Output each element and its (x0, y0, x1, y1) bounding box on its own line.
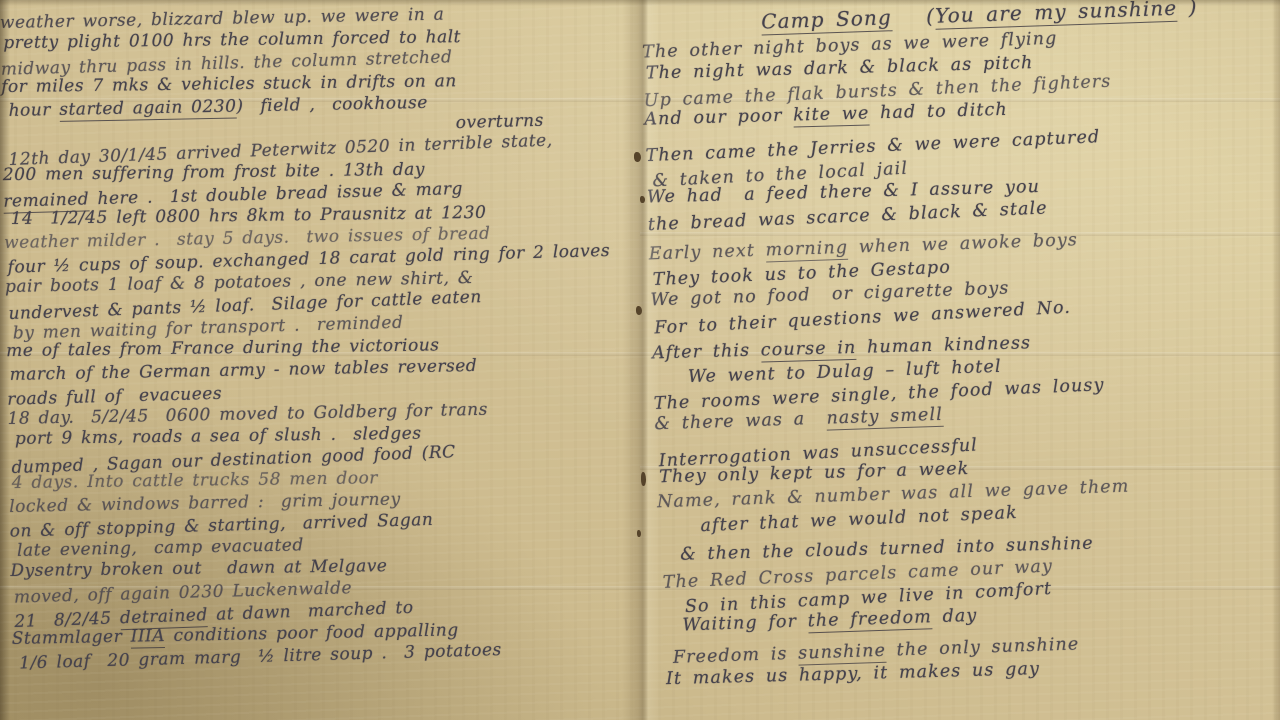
paper-tear-speck (640, 196, 645, 203)
paper-tear-speck (634, 152, 641, 162)
diary-photo: weather worse, blizzard blew up. we were… (0, 0, 1280, 720)
paper-tear-speck (637, 530, 641, 537)
left-page-lines: weather worse, blizzard blew up. we were… (0, 0, 636, 672)
diary-right-page: Camp Song (You are my sunshine ) The oth… (641, 0, 1280, 693)
diary-left-page: weather worse, blizzard blew up. we were… (0, 0, 636, 672)
paper-tear-speck (641, 472, 646, 486)
right-page-lines: The other night boys as we were flyingTh… (642, 21, 1280, 693)
paper-tear-speck (636, 306, 642, 315)
